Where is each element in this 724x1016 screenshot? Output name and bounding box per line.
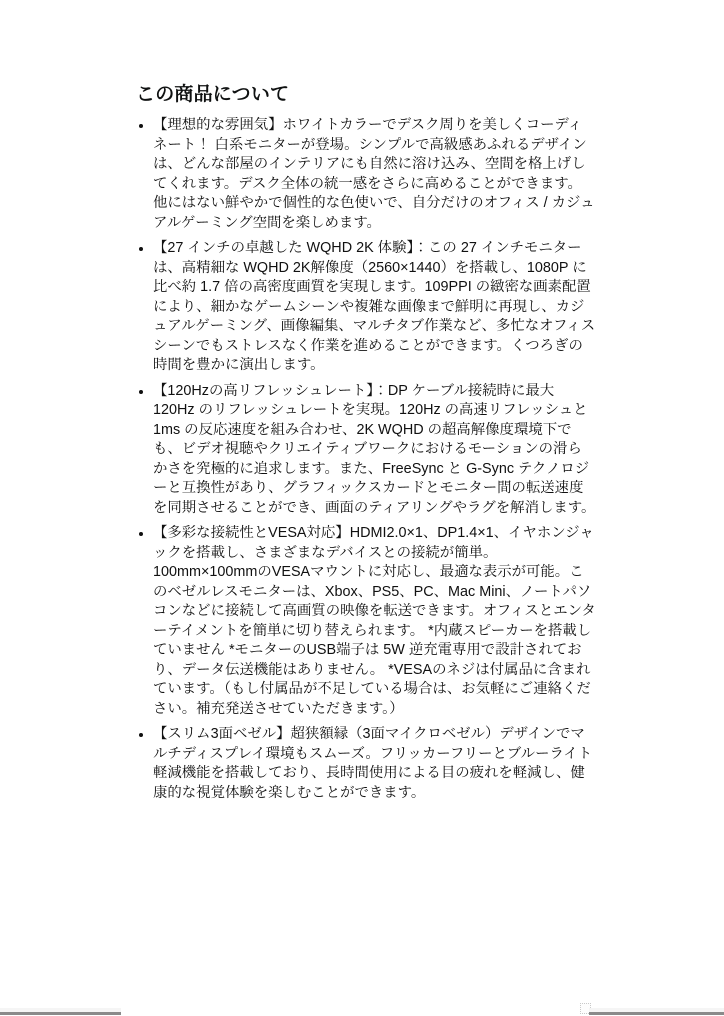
bottom-cutoff-bar-left [0, 1008, 121, 1015]
feature-bullet-slim-bezel: 【スリム3面ベゼル】超狭額縁（3面マイクロベゼル）デザインでマルチディスプレイ環… [153, 725, 596, 803]
feature-bullet-120hz-refresh: 【120Hzの高リフレッシュレート】：DP ケーブル接続時に最大 120Hz の… [153, 382, 596, 519]
section-title: この商品について [136, 83, 596, 107]
feature-bullet-ideal-atmosphere: 【理想的な雰囲気】ホワイトカラーでデスク周りを美しくコーディネート！ 白系モニタ… [153, 116, 596, 233]
product-description-page: この商品について 【理想的な雰囲気】ホワイトカラーでデスク周りを美しくコーディネ… [0, 0, 724, 1016]
feature-bullet-list: 【理想的な雰囲気】ホワイトカラーでデスク周りを美しくコーディネート！ 白系モニタ… [136, 116, 596, 803]
about-this-item-section: この商品について 【理想的な雰囲気】ホワイトカラーでデスク周りを美しくコーディネ… [136, 83, 596, 809]
feature-bullet-connectivity-vesa: 【多彩な接続性とVESA対応】HDMI2.0×1、DP1.4×1、イヤホンジャッ… [153, 524, 596, 719]
bottom-cutoff-bar-right [589, 1008, 724, 1015]
feature-bullet-wqhd-2k: 【27 インチの卓越した WQHD 2K 体験】：この 27 インチモニターは、… [153, 239, 596, 376]
